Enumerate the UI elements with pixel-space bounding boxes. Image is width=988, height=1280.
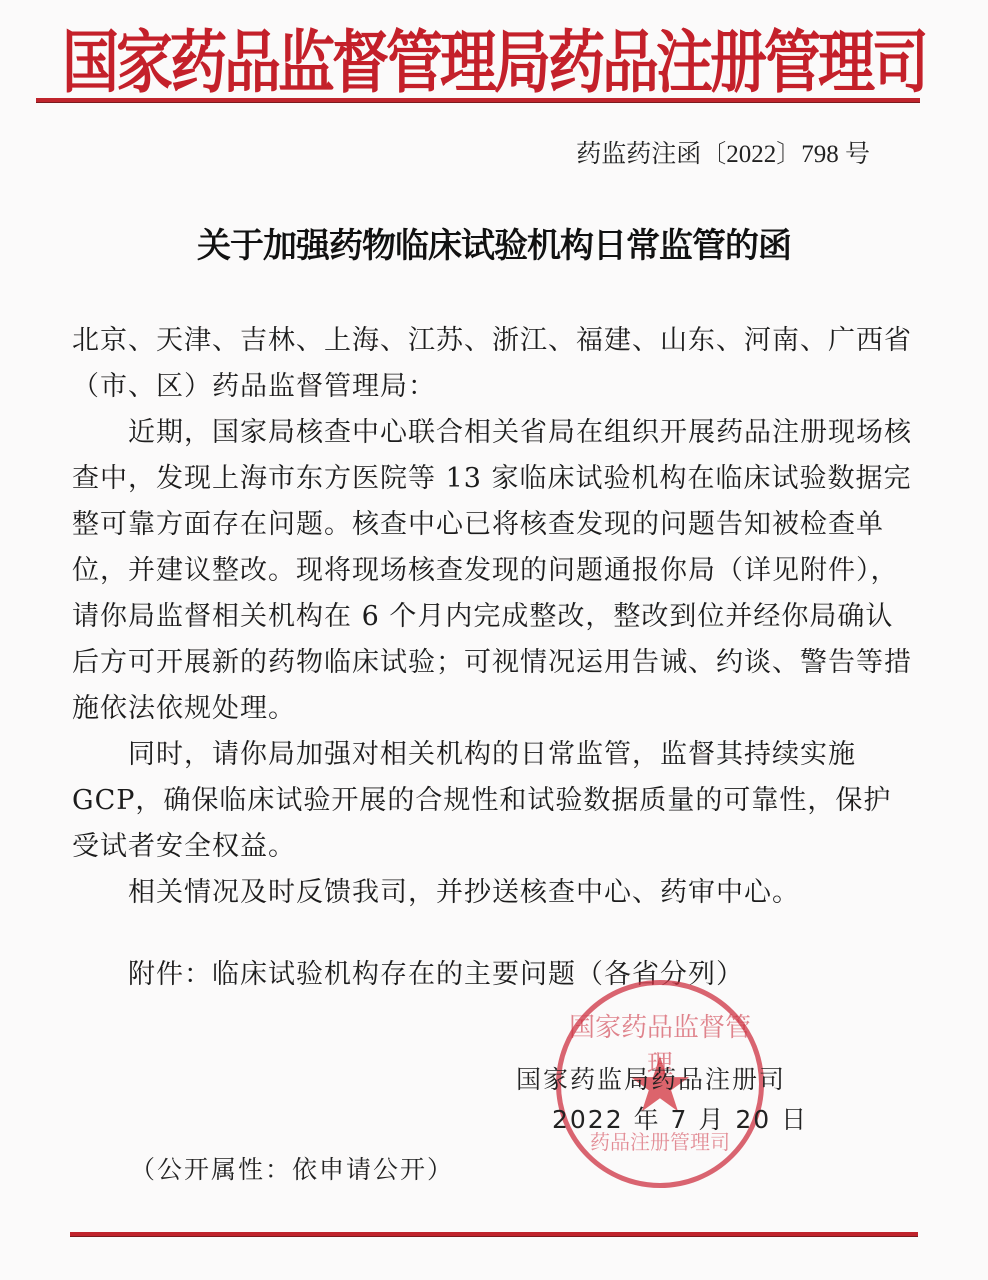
letterhead-title: 国家药品监督管理局药品注册管理司 bbox=[0, 8, 988, 106]
issuer-name: 国家药监局药品注册司 bbox=[516, 1060, 786, 1096]
issue-date: 2022 年 7 月 20 日 bbox=[552, 1100, 808, 1136]
attachment-note: 附件：临床试验机构存在的主要问题（各省分列） bbox=[72, 952, 918, 998]
document-number: 药监药注函〔2022〕798 号 bbox=[576, 134, 870, 170]
document-title: 关于加强药物临床试验机构日常监管的函 bbox=[0, 218, 988, 267]
disclosure-attribute: （公开属性：依申请公开） bbox=[130, 1150, 454, 1186]
document-body: 北京、天津、吉林、上海、江苏、浙江、福建、山东、河南、广西省（市、区）药品监督管… bbox=[72, 318, 918, 998]
paragraph-2: 同时，请你局加强对相关机构的日常监管，监督其持续实施 GCP，确保临床试验开展的… bbox=[72, 732, 918, 870]
paragraph-3: 相关情况及时反馈我司，并抄送核查中心、药审中心。 bbox=[72, 870, 918, 916]
addressee: 北京、天津、吉林、上海、江苏、浙江、福建、山东、河南、广西省（市、区）药品监督管… bbox=[72, 318, 918, 410]
footer-divider bbox=[70, 1232, 918, 1237]
letterhead-divider bbox=[36, 98, 920, 103]
paragraph-1: 近期，国家局核查中心联合相关省局在组织开展药品注册现场核查中，发现上海市东方医院… bbox=[72, 410, 918, 732]
